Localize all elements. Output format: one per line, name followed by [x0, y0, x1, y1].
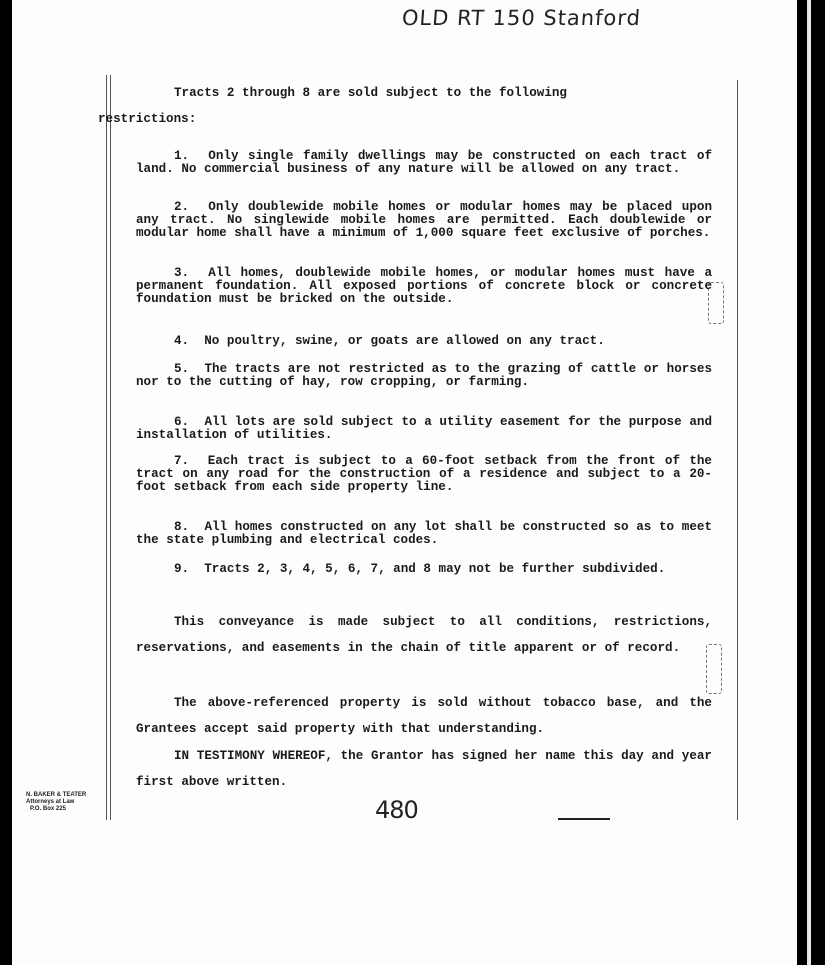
restriction-number: 6. [174, 415, 189, 429]
conveyance-paragraph: This conveyance is made subject to all c… [136, 609, 712, 661]
intro-text: Tracts 2 through 8 are sold subject to t… [174, 86, 567, 100]
restriction-number: 3. [174, 266, 189, 280]
restriction-2: 2. Only doublewide mobile homes or modul… [136, 201, 712, 240]
testimony-paragraph: IN TESTIMONY WHEREOF, the Grantor has si… [136, 743, 712, 795]
right-margin-line [737, 80, 738, 820]
restriction-text: Tracts 2, 3, 4, 5, 6, 7, and 8 may not b… [204, 562, 665, 576]
restriction-text: All lots are sold subject to a utility e… [136, 415, 712, 442]
left-margin-line [110, 75, 111, 820]
left-margin-line [106, 75, 107, 820]
restriction-1: 1. Only single family dwellings may be c… [136, 150, 712, 176]
page-number: 480 [375, 796, 418, 824]
signature-line [558, 818, 610, 820]
restriction-text: Only doublewide mobile homes or modular … [136, 200, 712, 240]
restriction-text: Only single family dwellings may be cons… [136, 149, 712, 176]
restriction-5: 5. The tracts are not restricted as to t… [136, 363, 712, 389]
intro-paragraph: Tracts 2 through 8 are sold subject to t… [136, 80, 712, 132]
restriction-9: 9. Tracts 2, 3, 4, 5, 6, 7, and 8 may no… [136, 563, 712, 576]
restriction-number: 9. [174, 562, 189, 576]
restriction-7: 7. Each tract is subject to a 60-foot se… [136, 455, 712, 494]
scan-edge [807, 0, 811, 965]
restriction-text: No poultry, swine, or goats are allowed … [204, 334, 605, 348]
restriction-number: 8. [174, 520, 189, 534]
law-firm-stamp: N. BAKER & TEATER Attorneys at Law P.O. … [26, 792, 86, 813]
restriction-text: All homes constructed on any lot shall b… [136, 520, 712, 547]
law-firm-subtitle: Attorneys at Law [26, 799, 86, 806]
restriction-4: 4. No poultry, swine, or goats are allow… [136, 335, 712, 348]
law-firm-address: P.O. Box 225 [26, 806, 86, 813]
restriction-text: The tracts are not restricted as to the … [136, 362, 712, 389]
restriction-number: 2. [174, 200, 189, 214]
restriction-number: 7. [174, 454, 189, 468]
restriction-6: 6. All lots are sold subject to a utilit… [136, 416, 712, 442]
tobacco-text: The above-referenced property is sold wi… [136, 690, 712, 742]
restriction-number: 1. [174, 149, 189, 163]
restriction-3: 3. All homes, doublewide mobile homes, o… [136, 267, 712, 306]
tobacco-paragraph: The above-referenced property is sold wi… [136, 690, 712, 742]
restriction-text: All homes, doublewide mobile homes, or m… [136, 266, 712, 306]
restriction-text: Each tract is subject to a 60-foot setba… [136, 454, 712, 494]
conveyance-text: This conveyance is made subject to all c… [136, 609, 712, 661]
restriction-8: 8. All homes constructed on any lot shal… [136, 521, 712, 547]
restriction-number: 5. [174, 362, 189, 376]
intro-text-2: restrictions: [98, 112, 196, 126]
intro-line: Tracts 2 through 8 are sold subject to t… [136, 80, 712, 132]
testimony-text: IN TESTIMONY WHEREOF, the Grantor has si… [136, 743, 712, 795]
handwritten-note: OLD RT 150 Stanford [401, 6, 642, 30]
law-firm-name: N. BAKER & TEATER [26, 792, 86, 799]
restriction-number: 4. [174, 334, 189, 348]
